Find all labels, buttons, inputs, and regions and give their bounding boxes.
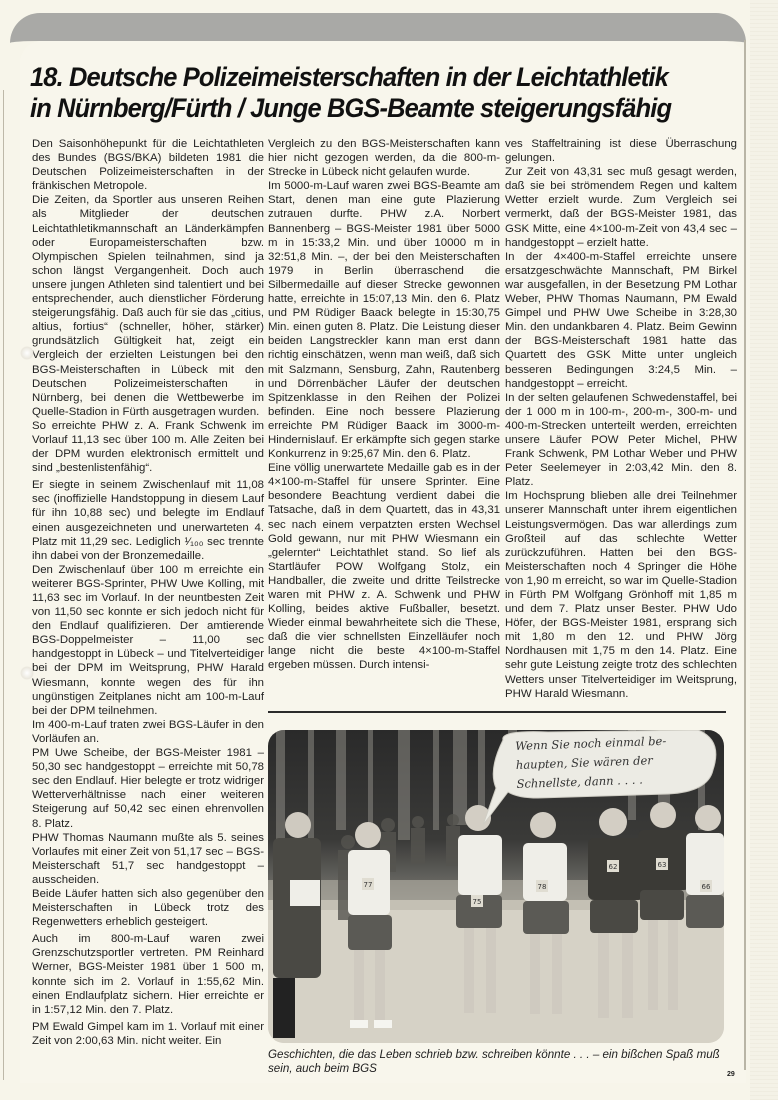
paragraph: So erreichte PHW z. A. Frank Schwenk im …	[32, 419, 264, 475]
paragraph: Eine völlig unerwartete Medaille gab es …	[268, 461, 500, 672]
page-edge-texture	[750, 0, 778, 1100]
bib-number: 66	[702, 883, 711, 891]
page-number: 29	[727, 1071, 735, 1078]
bib-number: 62	[609, 863, 618, 871]
text-column-3: ves Staffeltraining ist diese Überraschu…	[505, 137, 737, 701]
article-title-line-2: in Nürnberg/Fürth / Junge BGS-Beamte ste…	[30, 93, 671, 123]
article-title-line-1: 18. Deutsche Polizeimeisterschaften in d…	[30, 62, 668, 92]
photo-caption: Geschichten, die das Leben schrieb bzw. …	[268, 1048, 728, 1076]
paragraph: PHW Thomas Naumann mußte als 5. seines V…	[32, 831, 264, 887]
text-column-1: Den Saisonhöhepunkt für die Leichtathlet…	[32, 137, 264, 1048]
bib-number: 75	[473, 898, 482, 906]
paragraph: Vergleich zu den BGS-Meisterschaften kan…	[268, 137, 500, 179]
section-divider	[268, 711, 726, 713]
paragraph: Zur Zeit von 43,31 sec muß gesagt werden…	[505, 165, 737, 250]
paragraph: In der selten gelaufenen Schwedenstaffel…	[505, 391, 737, 490]
paragraph: Im 400-m-Lauf traten zwei BGS-Läufer in …	[32, 718, 264, 746]
article-title: 18. Deutsche Polizeimeisterschaften in d…	[30, 62, 712, 124]
bib-number: 63	[658, 861, 667, 869]
paragraph: Den Saisonhöhepunkt für die Leichtathlet…	[32, 137, 264, 193]
paragraph: Im 5000-m-Lauf waren zwei BGS-Beamte am …	[268, 179, 500, 461]
bib-number: 77	[364, 881, 373, 889]
paragraph: ves Staffeltraining ist diese Überraschu…	[505, 137, 737, 165]
speech-bubble-text: Wenn Sie noch einmal be- haupten, Sie wä…	[475, 726, 727, 807]
paragraph: Den Zwischenlauf über 100 m erreichte ei…	[32, 563, 264, 718]
paragraph: Die Zeiten, da Sportler aus unseren Reih…	[32, 193, 264, 419]
paragraph: In der 4×400-m-Staffel erreichte unsere …	[505, 250, 737, 391]
paragraph: PM Ewald Gimpel kam im 1. Vorlauf mit ei…	[32, 1020, 264, 1048]
paragraph: Er siegte in seinem Zwischenlauf mit 11,…	[32, 478, 264, 563]
paragraph: PM Uwe Scheibe, der BGS-Meister 1981 – 5…	[32, 746, 264, 831]
binding-edge-line	[3, 90, 4, 1080]
page-frame-right-rule	[744, 40, 746, 1070]
paragraph: Auch im 800-m-Lauf waren zwei Grenzschut…	[32, 932, 264, 1017]
paragraph: Im Hochsprung blieben alle drei Teilnehm…	[505, 489, 737, 700]
paragraph: Beide Läufer hatten sich also gegenüber …	[32, 887, 264, 929]
text-column-2: Vergleich zu den BGS-Meisterschaften kan…	[268, 137, 500, 673]
bib-number: 78	[538, 883, 547, 891]
scan-blemish	[20, 346, 34, 360]
scan-blemish	[20, 666, 34, 680]
